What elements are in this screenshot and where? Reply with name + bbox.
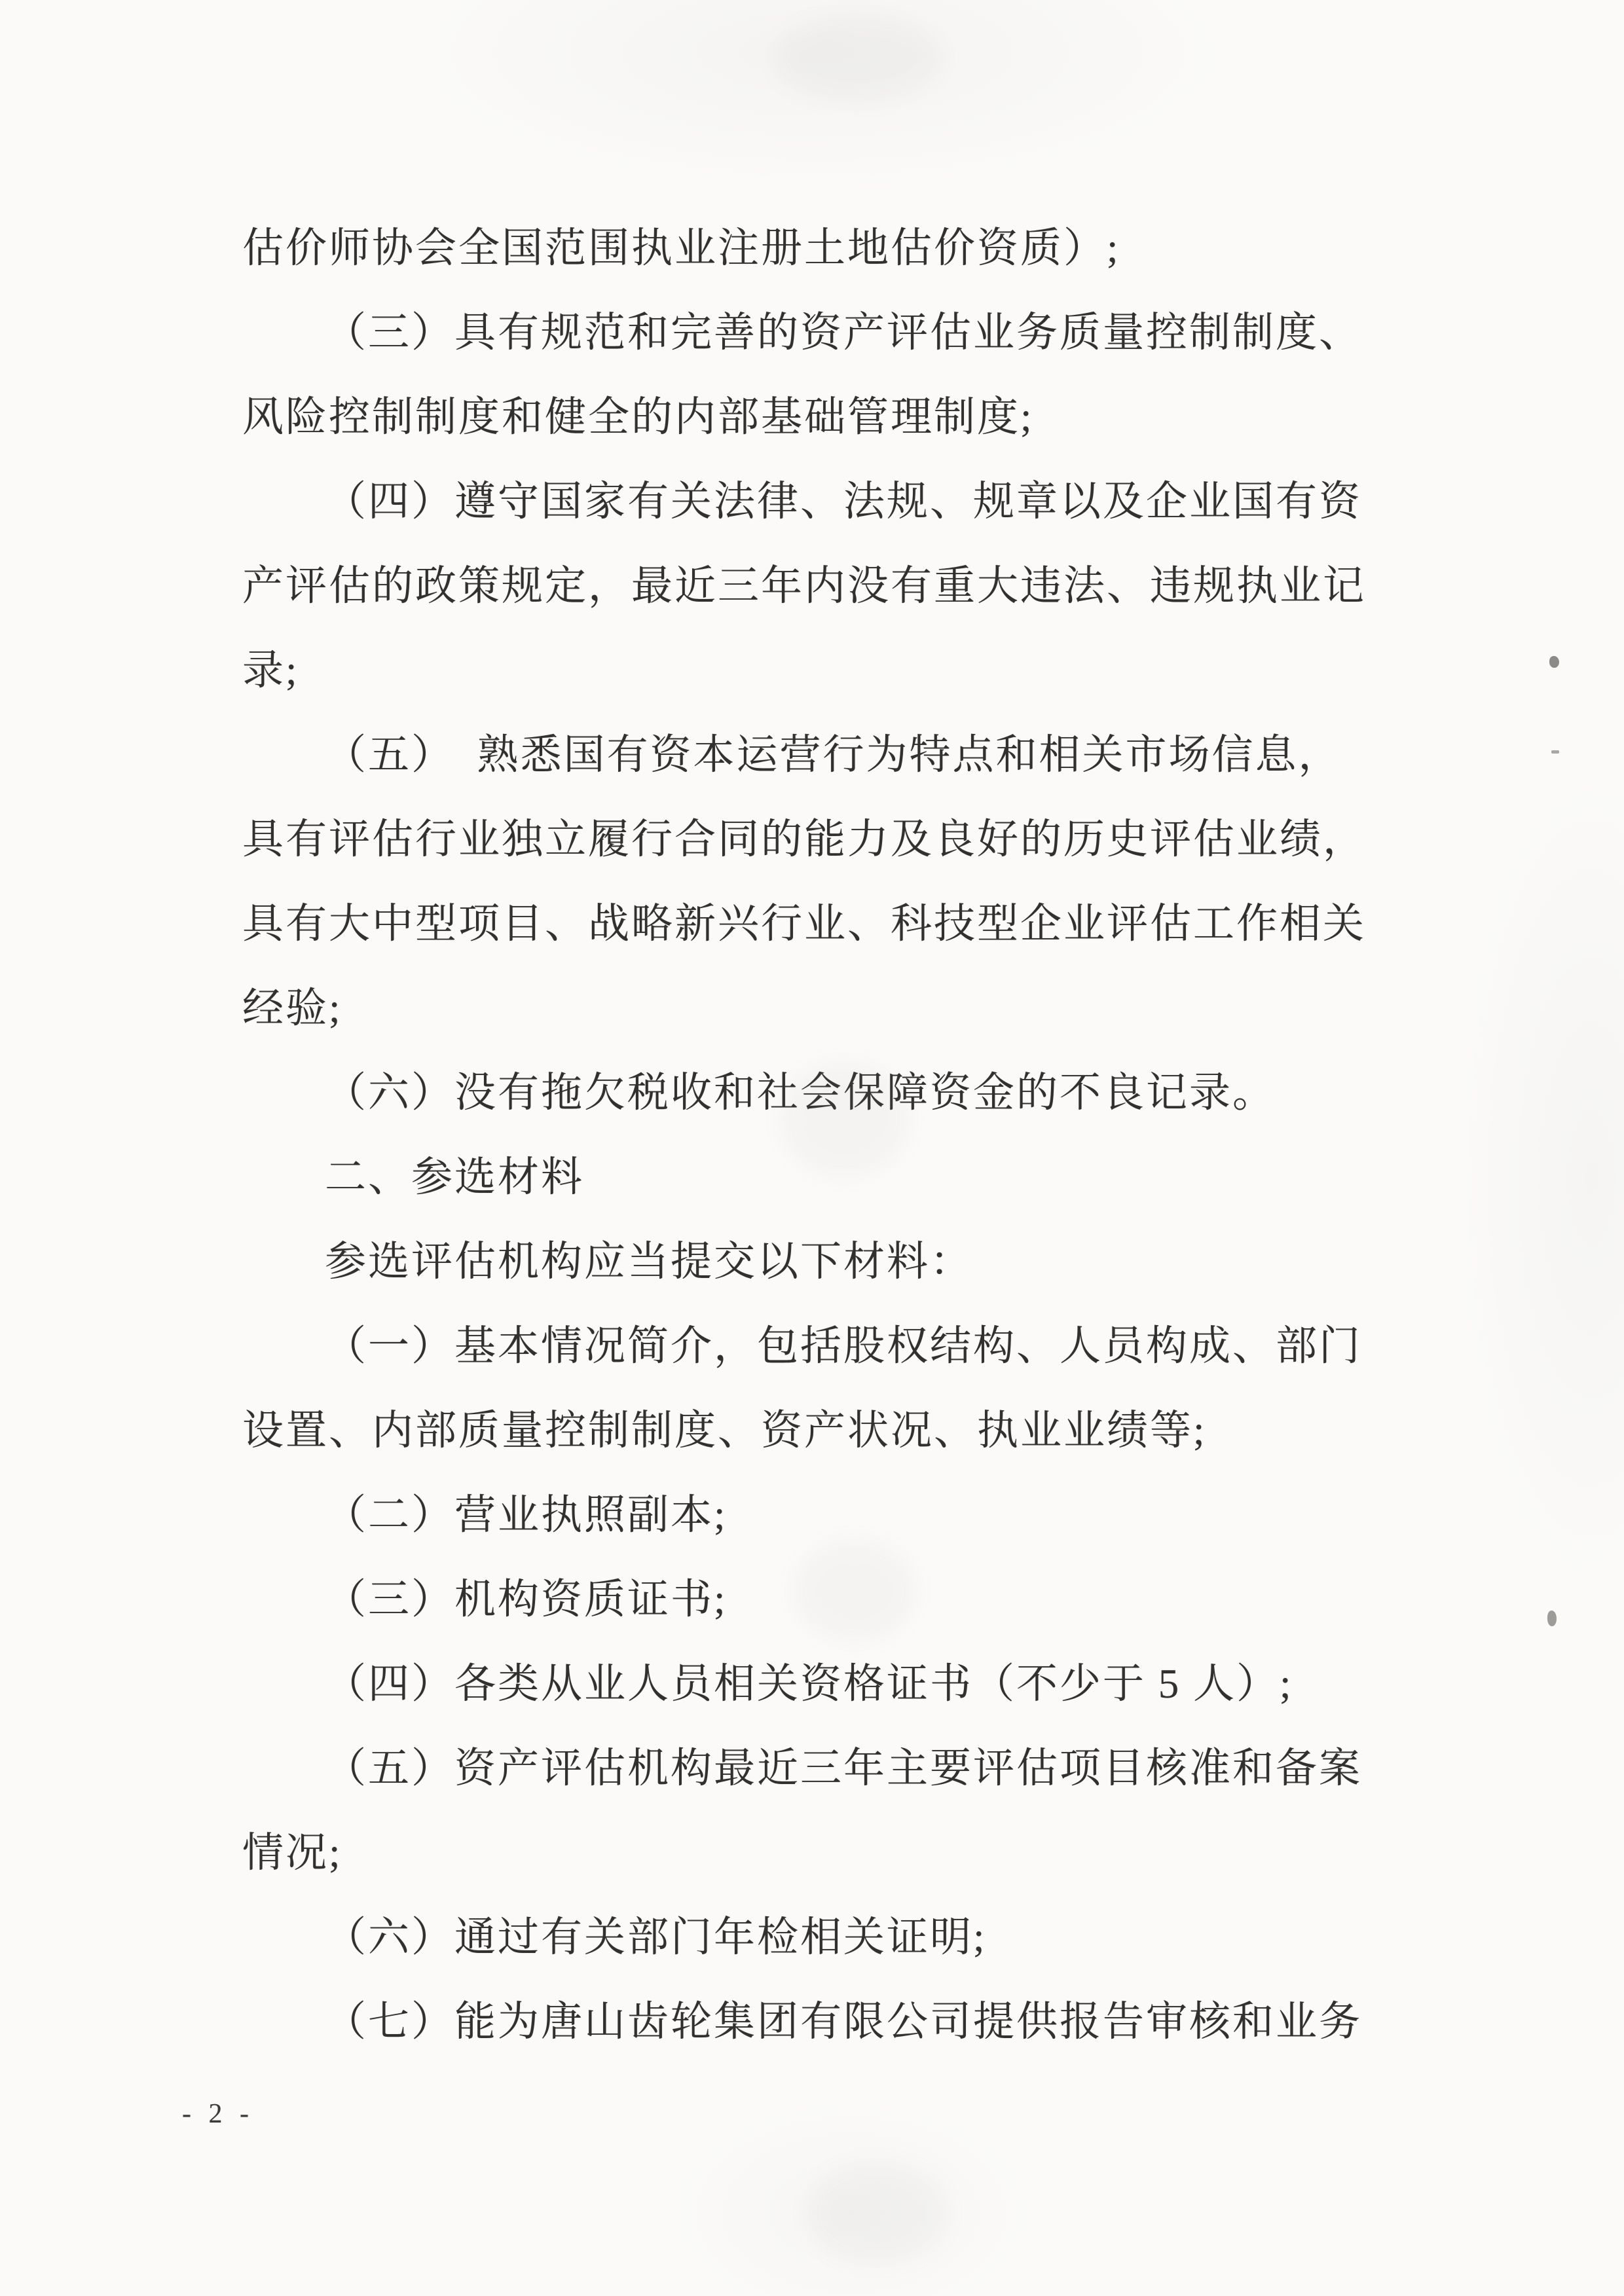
ink-speck: [1549, 656, 1559, 668]
doc-line: 设置、内部质量控制制度、资产状况、执业业绩等;: [242, 1389, 1398, 1473]
document-body: 估价师协会全国范围执业注册土地估价资质）; （三）具有规范和完善的资产评估业务质…: [242, 206, 1398, 2064]
doc-line: （五）资产评估机构最近三年主要评估项目核准和备案: [242, 1726, 1398, 1811]
scanned-document-page: 估价师协会全国范围执业注册土地估价资质）; （三）具有规范和完善的资产评估业务质…: [0, 0, 1624, 2296]
doc-line: （三）机构资质证书;: [242, 1558, 1398, 1642]
doc-line: （六）没有拖欠税收和社会保障资金的不良记录。: [242, 1051, 1398, 1135]
doc-line: 参选评估机构应当提交以下材料：: [242, 1220, 1398, 1304]
doc-line: 录;: [242, 629, 1398, 713]
doc-line: （六）通过有关部门年检相关证明;: [242, 1895, 1398, 1980]
doc-line: （五） 熟悉国有资本运营行为特点和相关市场信息，: [242, 713, 1398, 797]
doc-line: （三）具有规范和完善的资产评估业务质量控制制度、: [242, 291, 1398, 375]
doc-line: （二）营业执照副本;: [242, 1473, 1398, 1558]
scan-smudge: [805, 2160, 950, 2265]
scan-smudge: [773, 13, 943, 105]
doc-line: 情况;: [242, 1811, 1398, 1895]
doc-line: 估价师协会全国范围执业注册土地估价资质）;: [242, 206, 1398, 291]
doc-line: （四）各类从业人员相关资格证书（不少于 5 人）;: [242, 1642, 1398, 1726]
doc-line: 风险控制制度和健全的内部基础管理制度;: [242, 375, 1398, 460]
ink-speck: [1551, 750, 1559, 754]
doc-line: 产评估的政策规定，最近三年内没有重大违法、违规执业记: [242, 544, 1398, 629]
doc-line: （七）能为唐山齿轮集团有限公司提供报告审核和业务: [242, 1980, 1398, 2064]
doc-line: 具有大中型项目、战略新兴行业、科技型企业评估工作相关: [242, 882, 1398, 966]
ink-speck: [1547, 1611, 1557, 1626]
doc-line: （四）遵守国家有关法律、法规、规章以及企业国有资: [242, 460, 1398, 544]
doc-line: （一）基本情况简介，包括股权结构、人员构成、部门: [242, 1304, 1398, 1389]
page-number: - 2 -: [182, 2098, 254, 2130]
doc-section-heading: 二、参选材料: [242, 1135, 1398, 1220]
doc-line: 具有评估行业独立履行合同的能力及良好的历史评估业绩，: [242, 797, 1398, 882]
doc-line: 经验;: [242, 966, 1398, 1051]
